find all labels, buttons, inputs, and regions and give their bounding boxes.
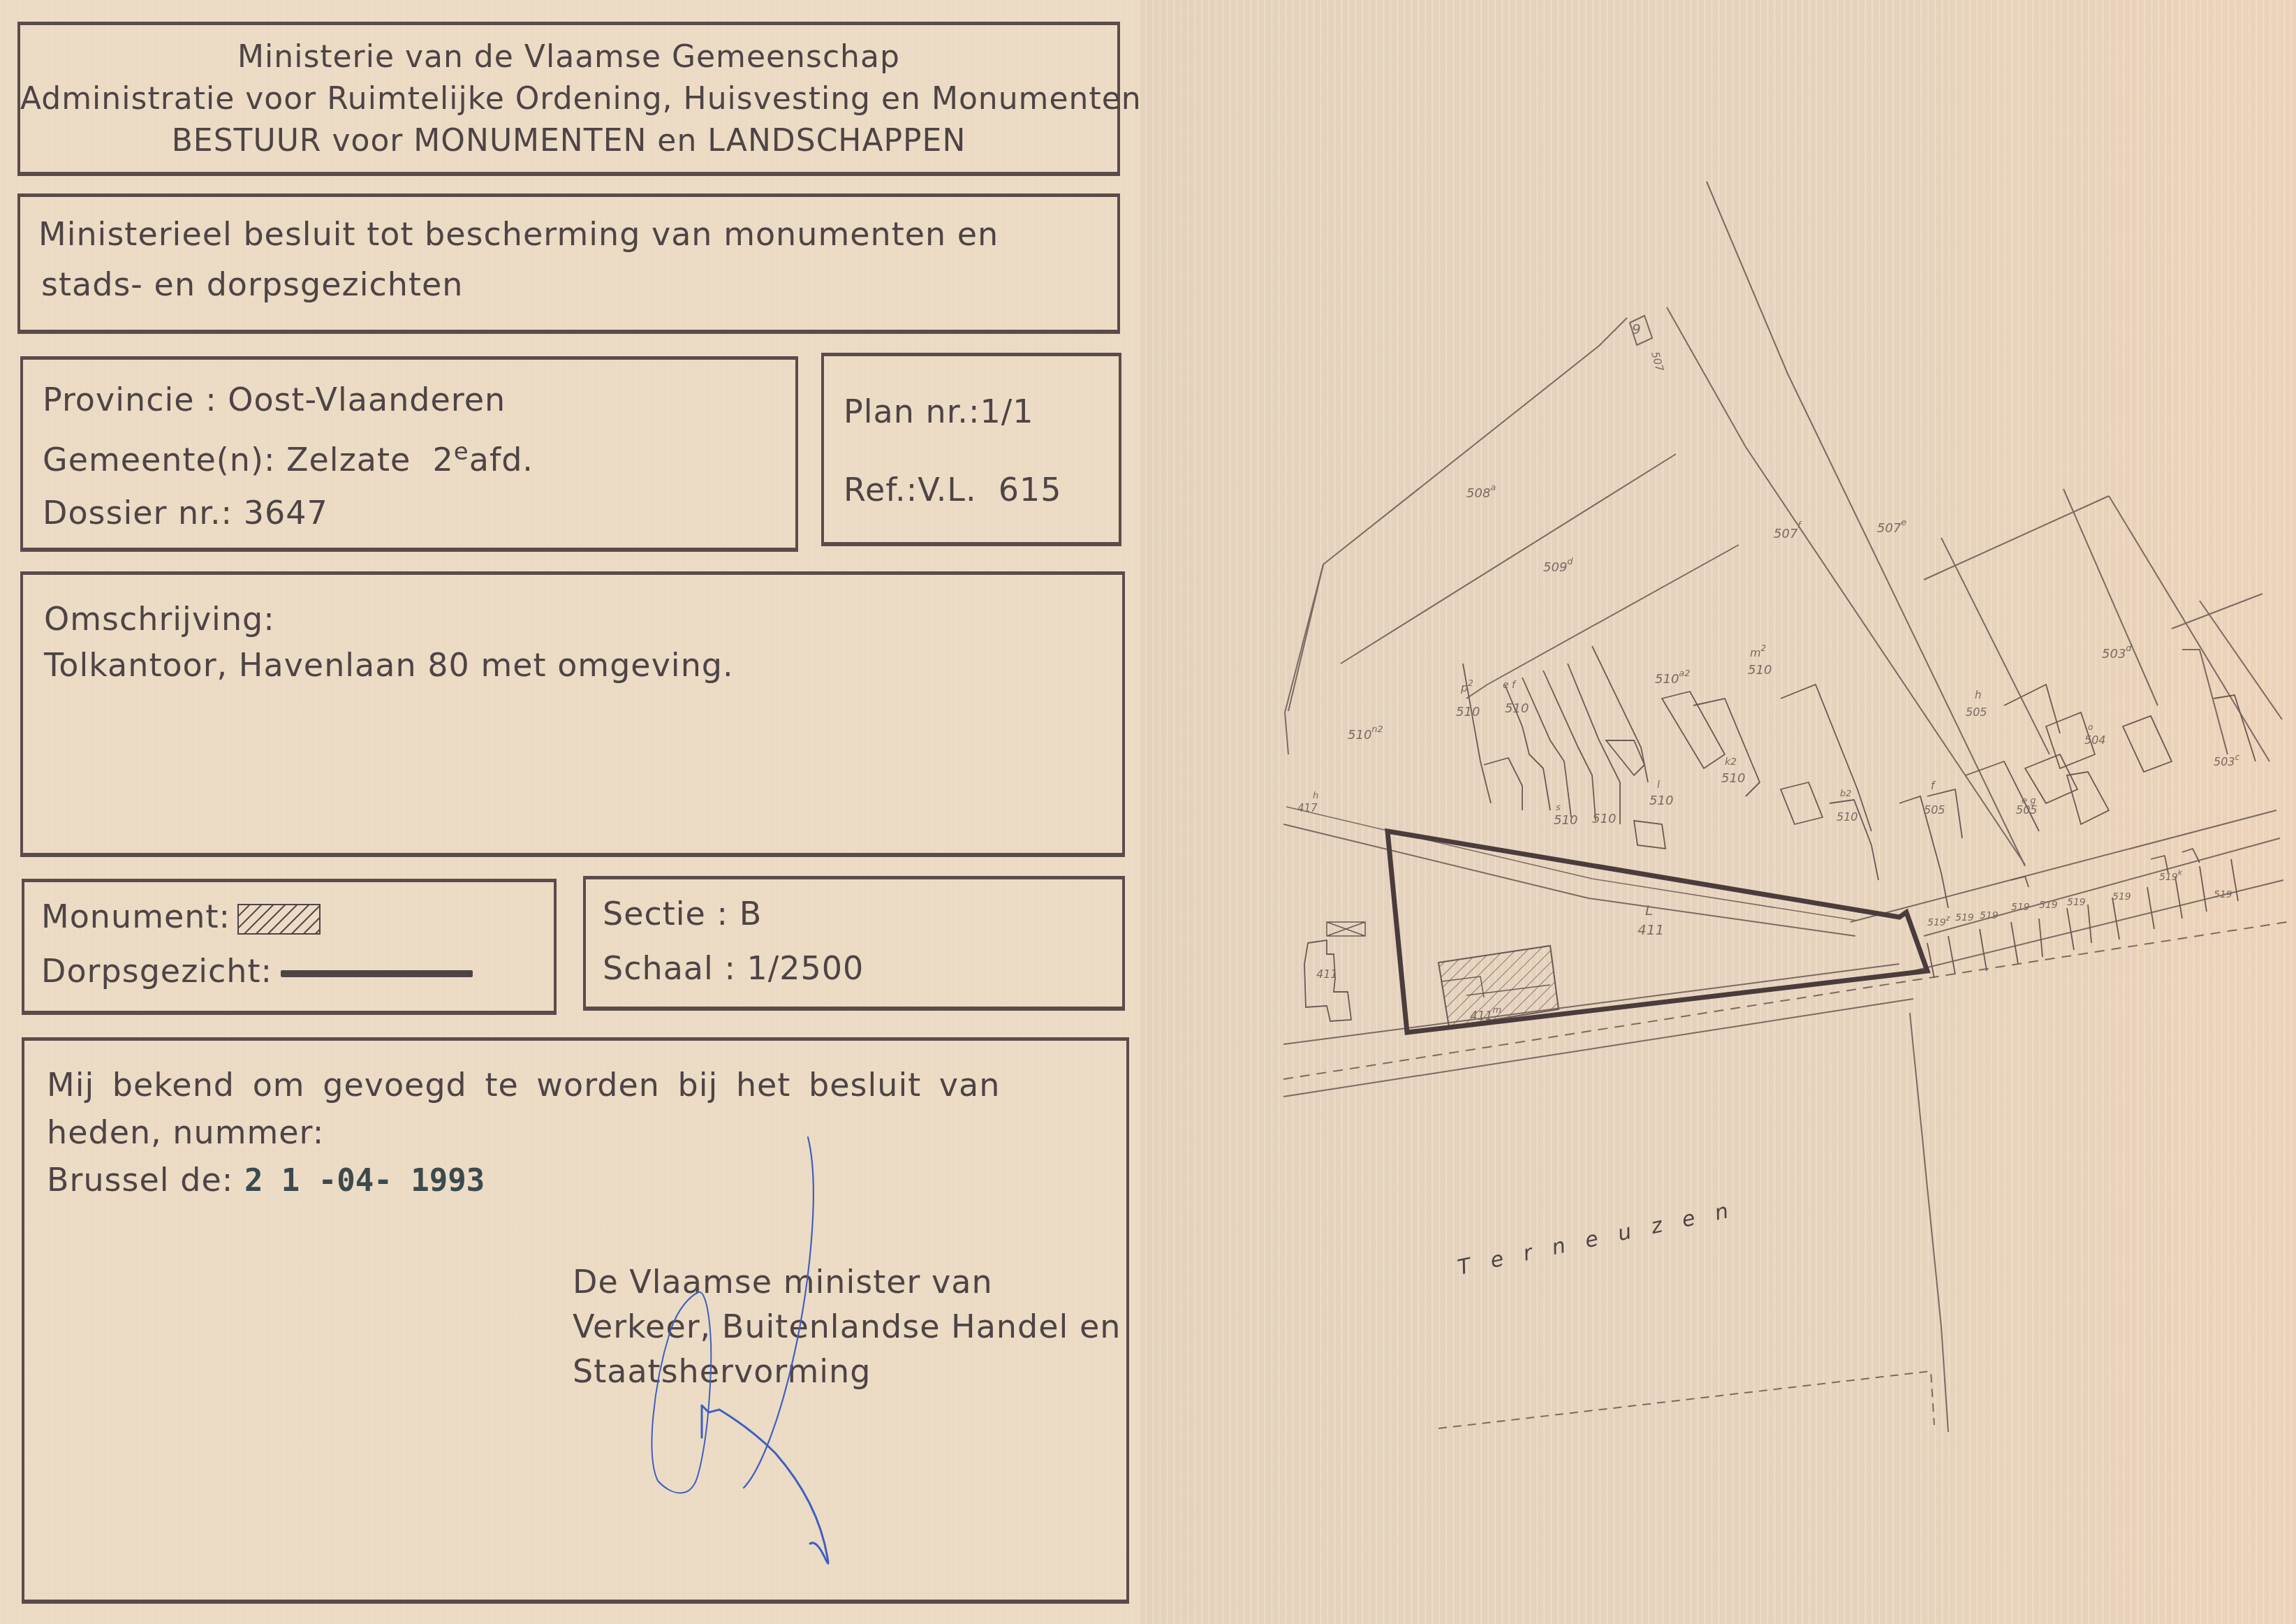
svg-text:f: f — [1931, 780, 1936, 792]
svg-text:e g: e g — [2022, 796, 2036, 806]
cadastral-map: 9 507 508a 509d 507f 507e 510n2 510 p2 5… — [0, 0, 2296, 1624]
svg-text:510: 510 — [1554, 813, 1577, 828]
svg-text:505: 505 — [1966, 705, 1987, 719]
svg-text:508a: 508a — [1466, 483, 1496, 501]
parcel-boundary — [1707, 182, 2025, 866]
svg-text:507f: 507f — [1774, 520, 1802, 541]
svg-text:519: 519 — [2039, 900, 2058, 911]
svg-text:510a2: 510a2 — [1655, 668, 1691, 687]
svg-text:519: 519 — [2011, 902, 2030, 913]
svg-text:510: 510 — [1592, 812, 1616, 826]
svg-text:510: 510 — [1748, 663, 1772, 678]
svg-text:h: h — [1975, 689, 1982, 701]
svg-text:510: 510 — [1649, 793, 1673, 808]
svg-text:417: 417 — [1297, 802, 1318, 814]
svg-text:510: 510 — [1505, 701, 1529, 716]
svg-text:p2: p2 — [1460, 678, 1473, 694]
svg-text:519: 519 — [1955, 912, 1974, 923]
svg-text:509d: 509d — [1543, 557, 1573, 575]
svg-text:519: 519 — [1980, 910, 1999, 921]
svg-text:b2: b2 — [1840, 789, 1852, 799]
svg-text:519: 519 — [2214, 889, 2232, 900]
svg-text:m2: m2 — [1750, 643, 1766, 659]
svg-text:507e: 507e — [1877, 518, 1906, 536]
svg-text:9: 9 — [1632, 321, 1641, 337]
svg-text:o: o — [2088, 722, 2093, 732]
svg-text:519: 519 — [2112, 891, 2131, 902]
svg-text:505: 505 — [1924, 803, 1945, 817]
svg-text:s: s — [1556, 803, 1561, 813]
svg-text:k2: k2 — [1725, 756, 1737, 768]
svg-text:h: h — [1313, 791, 1318, 801]
svg-text:510n2: 510n2 — [1348, 724, 1383, 742]
svg-text:519z: 519z — [1927, 914, 1950, 928]
svg-text:504: 504 — [2084, 733, 2106, 747]
svg-text:l: l — [1657, 780, 1660, 791]
svg-text:L: L — [1645, 902, 1653, 919]
svg-text:503d: 503d — [2102, 643, 2132, 661]
svg-text:510: 510 — [1456, 705, 1480, 719]
svg-text:411: 411 — [1638, 921, 1664, 938]
svg-text:411: 411 — [1316, 967, 1338, 981]
svg-text:510: 510 — [1837, 810, 1858, 824]
svg-text:507: 507 — [1649, 350, 1666, 373]
svg-text:e f: e f — [1503, 680, 1517, 691]
street-label-terneuzen: T e r n e u z e n — [1455, 1197, 1737, 1280]
svg-text:519: 519 — [2067, 897, 2086, 908]
svg-text:510: 510 — [1721, 771, 1745, 786]
svg-text:503c: 503c — [2214, 752, 2240, 768]
